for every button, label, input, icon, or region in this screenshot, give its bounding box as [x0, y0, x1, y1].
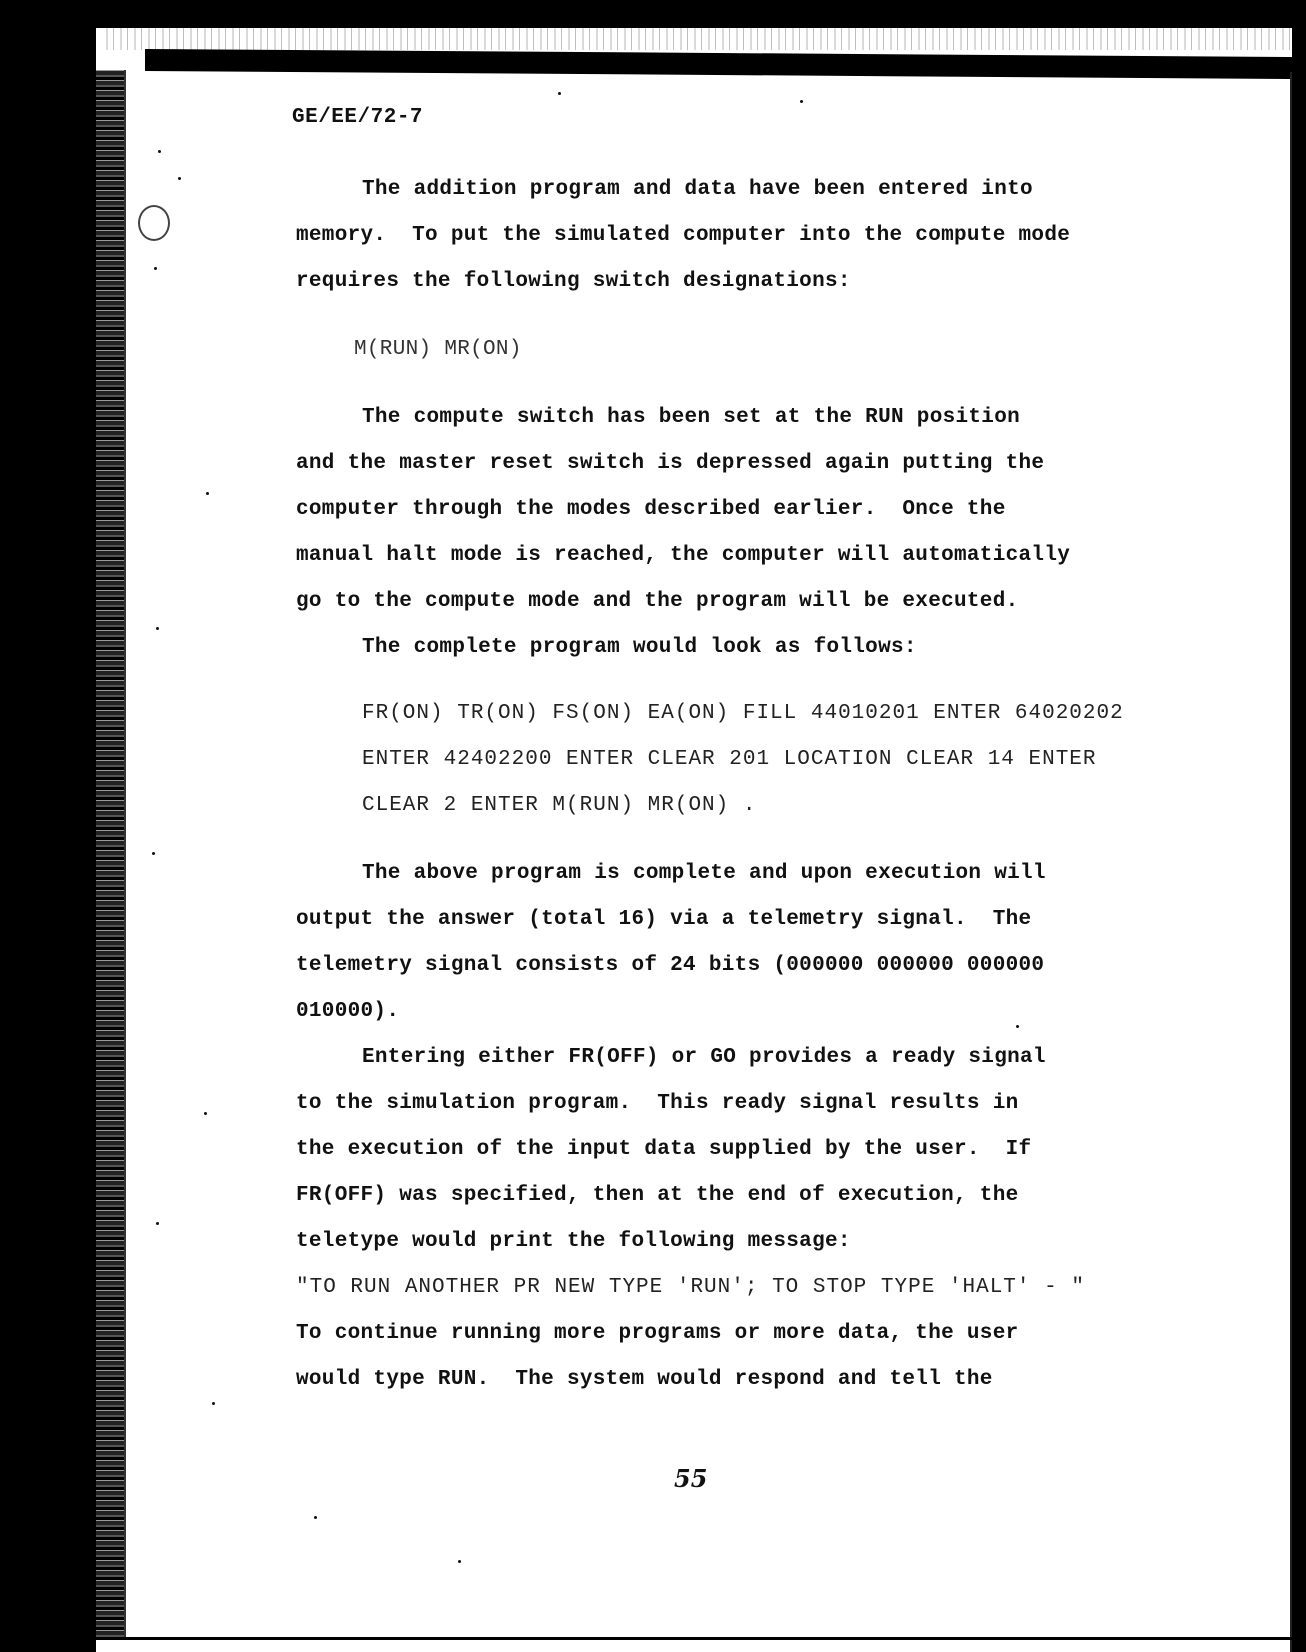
program-listing-line-3: CLEAR 2 ENTER M(RUN) MR(ON) . [362, 794, 756, 817]
scan-speck [212, 1402, 215, 1405]
scan-speck [800, 100, 803, 103]
paragraph-2-line-3: computer through the modes described ear… [296, 498, 1006, 521]
paragraph-5-line-4: FR(OFF) was specified, then at the end o… [296, 1184, 1019, 1207]
paragraph-1-line-2: memory. To put the simulated computer in… [296, 224, 1070, 247]
paragraph-2-line-1: The compute switch has been set at the R… [362, 406, 1020, 429]
scan-speck [458, 1560, 461, 1563]
paragraph-4-line-2: output the answer (total 16) via a telem… [296, 908, 1031, 931]
scan-speck [314, 1516, 317, 1519]
scan-border-right [1292, 0, 1306, 1652]
scan-speck [158, 150, 161, 153]
program-listing-line-1: FR(ON) TR(ON) FS(ON) EA(ON) FILL 4401020… [362, 702, 1124, 725]
scan-speck [156, 1222, 159, 1225]
scan-speck [154, 267, 157, 270]
page-binding-edge [96, 70, 124, 1640]
paragraph-4-line-4: 010000). [296, 1000, 399, 1023]
scan-speck [178, 177, 181, 180]
paragraph-1-line-1: The addition program and data have been … [362, 178, 1033, 201]
teletype-message: "TO RUN ANOTHER PR NEW TYPE 'RUN'; TO ST… [296, 1276, 1085, 1299]
paragraph-4-line-1: The above program is complete and upon e… [362, 862, 1046, 885]
scan-speck [1016, 1025, 1019, 1028]
paragraph-5-line-2: to the simulation program. This ready si… [296, 1092, 1019, 1115]
page-number: 55 [674, 1464, 707, 1493]
document-page: GE/EE/72-7 The addition program and data… [126, 72, 1292, 1638]
paragraph-2-line-2: and the master reset switch is depressed… [296, 452, 1044, 475]
paragraph-1-line-3: requires the following switch designatio… [296, 270, 851, 293]
paragraph-2-line-5: go to the compute mode and the program w… [296, 590, 1019, 613]
program-listing-line-2: ENTER 42402200 ENTER CLEAR 201 LOCATION … [362, 748, 1097, 771]
document-identifier: GE/EE/72-7 [292, 106, 423, 129]
paragraph-5-line-3: the execution of the input data supplied… [296, 1138, 1031, 1161]
scan-speck [204, 1112, 207, 1115]
scan-speck [152, 852, 155, 855]
paragraph-2-line-4: manual halt mode is reached, the compute… [296, 544, 1070, 567]
scan-speck [206, 492, 209, 495]
paragraph-6-line-2: would type RUN. The system would respond… [296, 1368, 993, 1391]
scan-border-top [0, 0, 1306, 28]
paragraph-5-line-1: Entering either FR(OFF) or GO provides a… [362, 1046, 1046, 1069]
scan-border-left [0, 0, 96, 1652]
scan-speck [156, 627, 159, 630]
switch-designations: M(RUN) MR(ON) [354, 338, 522, 361]
paragraph-5-line-5: teletype would print the following messa… [296, 1230, 851, 1253]
scan-speck [558, 92, 561, 95]
paragraph-6-line-1: To continue running more programs or mor… [296, 1322, 1019, 1345]
paragraph-3-line-1: The complete program would look as follo… [362, 636, 917, 659]
scan-noise-top [100, 28, 1306, 50]
paragraph-4-line-3: telemetry signal consists of 24 bits (00… [296, 954, 1044, 977]
